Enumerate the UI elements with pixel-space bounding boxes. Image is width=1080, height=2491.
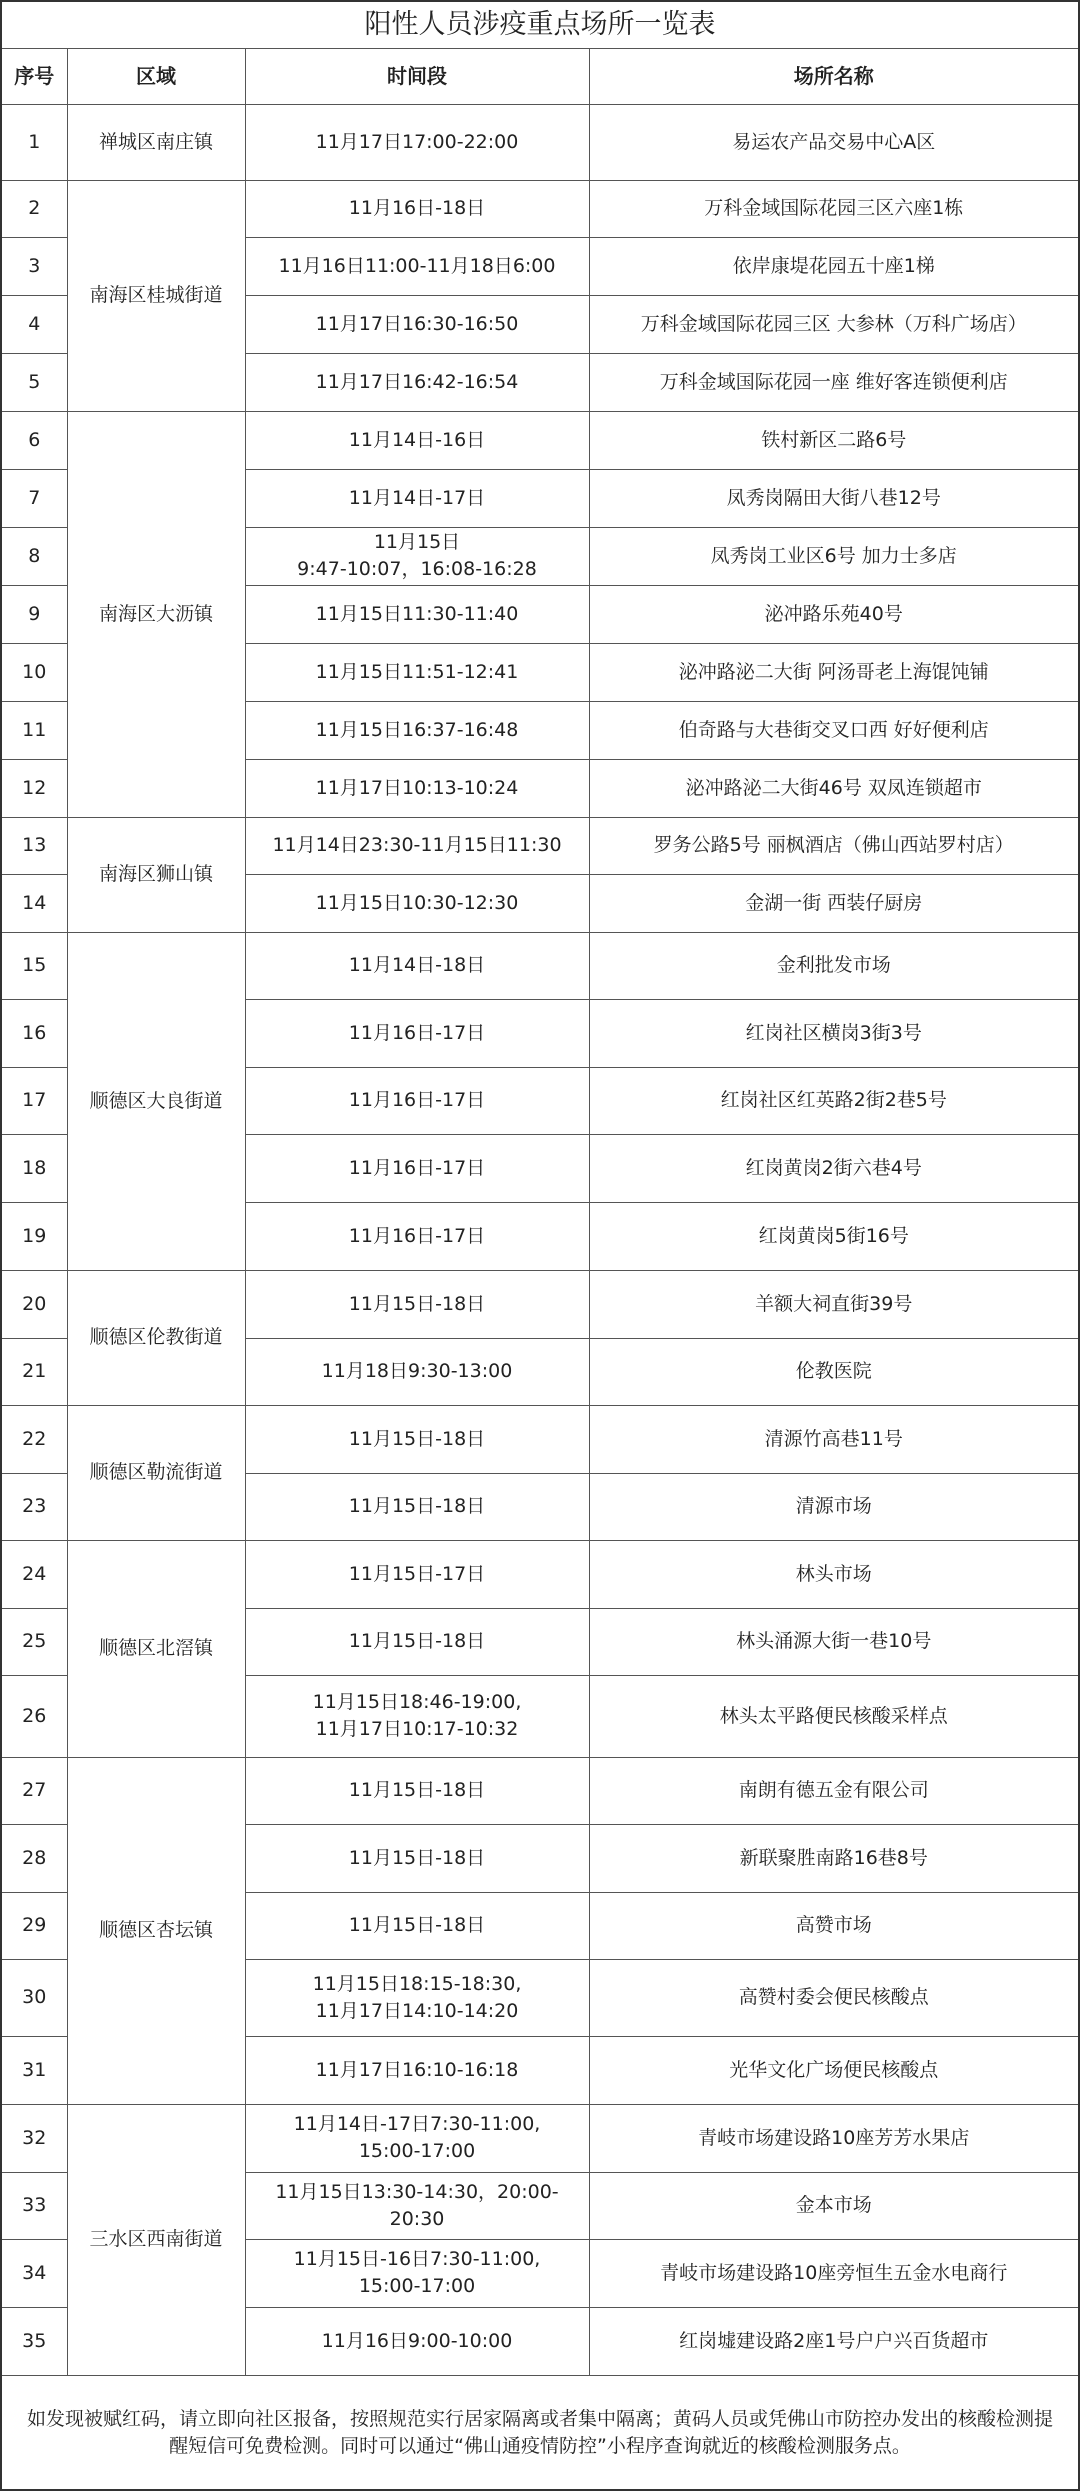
note-row: 如发现被赋红码，请立即向社区报备，按照规范实行居家隔离或者集中隔离；黄码人员或凭… [2, 2375, 1078, 2491]
time-cell: 11月16日-17日 [245, 999, 589, 1067]
row-number: 7 [2, 469, 67, 527]
time-line-2: 9:47-10:07，16:08-16:28 [250, 556, 585, 583]
row-number: 12 [2, 759, 67, 817]
place-cell: 南朗有德五金有限公司 [589, 1757, 1078, 1824]
place-cell: 泌冲路泌二大街 阿汤哥老上海馄饨铺 [589, 643, 1078, 701]
table-row: 32三水区西南街道11月14日-17日7:30-11:00,15:00-17:0… [2, 2104, 1078, 2172]
time-line: 11月15日10:30-12:30 [250, 890, 585, 917]
table-row: 15顺德区大良街道11月14日-18日金利批发市场 [2, 932, 1078, 999]
row-number: 4 [2, 295, 67, 353]
time-line: 11月14日-17日 [250, 485, 585, 512]
time-line: 11月15日-18日 [250, 1628, 585, 1655]
time-cell: 11月16日-17日 [245, 1067, 589, 1134]
place-cell: 羊额大祠直街39号 [589, 1270, 1078, 1338]
place-cell: 万科金域国际花园三区六座1栋 [589, 180, 1078, 237]
time-cell: 11月15日-18日 [245, 1757, 589, 1824]
row-number: 26 [2, 1675, 67, 1757]
row-number: 3 [2, 237, 67, 295]
area-cell: 南海区大沥镇 [67, 411, 245, 817]
time-cell: 11月15日-18日 [245, 1405, 589, 1473]
row-number: 2 [2, 180, 67, 237]
place-cell: 高赞市场 [589, 1892, 1078, 1959]
place-cell: 泌冲路乐苑40号 [589, 585, 1078, 643]
row-number: 5 [2, 353, 67, 411]
time-line: 11月16日-17日 [250, 1223, 585, 1250]
time-cell: 11月15日18:46-19:00,11月17日10:17-10:32 [245, 1675, 589, 1757]
time-line: 11月17日16:42-16:54 [250, 369, 585, 396]
time-cell: 11月15日11:51-12:41 [245, 643, 589, 701]
time-line: 11月16日11:00-11月18日6:00 [250, 253, 585, 280]
row-number: 13 [2, 817, 67, 874]
time-cell: 11月14日-16日 [245, 411, 589, 469]
column-header-area: 区域 [67, 48, 245, 104]
table-body: 1禅城区南庄镇11月17日17:00-22:00易运农产品交易中心A区2南海区桂… [2, 104, 1078, 2375]
row-number: 14 [2, 874, 67, 932]
place-cell: 林头市场 [589, 1540, 1078, 1608]
table-row: 20顺德区伦教街道11月15日-18日羊额大祠直街39号 [2, 1270, 1078, 1338]
place-cell: 青岐市场建设路10座芳芳水果店 [589, 2104, 1078, 2172]
table-row: 2南海区桂城街道11月16日-18日万科金域国际花园三区六座1栋 [2, 180, 1078, 237]
place-cell: 易运农产品交易中心A区 [589, 104, 1078, 180]
area-cell: 南海区桂城街道 [67, 180, 245, 411]
table-row: 13南海区狮山镇11月14日23:30-11月15日11:30罗务公路5号 丽枫… [2, 817, 1078, 874]
document: 阳性人员涉疫重点场所一览表 序号 区域 时间段 场所名称 1禅城区南庄镇11月1… [0, 0, 1080, 2491]
time-cell: 11月15日-18日 [245, 1270, 589, 1338]
time-cell: 11月16日-17日 [245, 1134, 589, 1202]
row-number: 19 [2, 1202, 67, 1270]
time-cell: 11月15日16:37-16:48 [245, 701, 589, 759]
time-line: 11月15日-17日 [250, 1561, 585, 1588]
row-number: 33 [2, 2172, 67, 2239]
time-line: 11月15日18:15-18:30, [250, 1971, 585, 1998]
time-line: 11月15日11:30-11:40 [250, 601, 585, 628]
place-cell: 泌冲路泌二大街46号 双凤连锁超市 [589, 759, 1078, 817]
time-line: 11月17日17:00-22:00 [250, 129, 585, 156]
time-cell: 11月17日10:13-10:24 [245, 759, 589, 817]
area-cell: 顺德区伦教街道 [67, 1270, 245, 1405]
column-header-no: 序号 [2, 48, 67, 104]
area-cell: 顺德区勒流街道 [67, 1405, 245, 1540]
place-cell: 光华文化广场便民核酸点 [589, 2036, 1078, 2104]
time-cell: 11月17日16:42-16:54 [245, 353, 589, 411]
time-line: 11月14日-16日 [250, 427, 585, 454]
time-line: 11月16日9:00-10:00 [250, 2328, 585, 2355]
place-cell: 林头涌源大街一巷10号 [589, 1608, 1078, 1675]
time-line: 11月15日 [250, 529, 585, 556]
time-line: 11月15日-18日 [250, 1426, 585, 1453]
place-cell: 红岗社区红英路2街2巷5号 [589, 1067, 1078, 1134]
time-line-2: 11月17日10:17-10:32 [250, 1716, 585, 1743]
place-cell: 伯奇路与大巷街交叉口西 好好便利店 [589, 701, 1078, 759]
row-number: 15 [2, 932, 67, 999]
place-cell: 高赞村委会便民核酸点 [589, 1959, 1078, 2036]
time-line: 11月15日-18日 [250, 1493, 585, 1520]
place-cell: 林头太平路便民核酸采样点 [589, 1675, 1078, 1757]
time-cell: 11月15日18:15-18:30,11月17日14:10-14:20 [245, 1959, 589, 2036]
time-line: 11月15日13:30-14:30，20:00- [250, 2179, 585, 2206]
row-number: 31 [2, 2036, 67, 2104]
table-row: 1禅城区南庄镇11月17日17:00-22:00易运农产品交易中心A区 [2, 104, 1078, 180]
table-row: 6南海区大沥镇11月14日-16日铁村新区二路6号 [2, 411, 1078, 469]
time-cell: 11月16日-18日 [245, 180, 589, 237]
place-cell: 罗务公路5号 丽枫酒店（佛山西站罗村店） [589, 817, 1078, 874]
row-number: 6 [2, 411, 67, 469]
time-cell: 11月14日-18日 [245, 932, 589, 999]
time-line: 11月15日-18日 [250, 1291, 585, 1318]
time-line: 11月14日-17日7:30-11:00, [250, 2111, 585, 2138]
time-cell: 11月15日13:30-14:30，20:00-20:30 [245, 2172, 589, 2239]
time-cell: 11月14日-17日7:30-11:00,15:00-17:00 [245, 2104, 589, 2172]
row-number: 18 [2, 1134, 67, 1202]
place-cell: 万科金域国际花园一座 维好客连锁便利店 [589, 353, 1078, 411]
row-number: 20 [2, 1270, 67, 1338]
place-cell: 青岐市场建设路10座旁恒生五金水电商行 [589, 2239, 1078, 2307]
table-row: 24顺德区北滘镇11月15日-17日林头市场 [2, 1540, 1078, 1608]
time-line: 11月16日-17日 [250, 1020, 585, 1047]
footer-note: 如发现被赋红码，请立即向社区报备，按照规范实行居家隔离或者集中隔离；黄码人员或凭… [2, 2375, 1078, 2491]
time-line: 11月18日9:30-13:00 [250, 1358, 585, 1385]
time-line-2: 20:30 [250, 2206, 585, 2233]
place-cell: 凤秀岗隔田大街八巷12号 [589, 469, 1078, 527]
area-cell: 三水区西南街道 [67, 2104, 245, 2375]
time-line: 11月16日-18日 [250, 195, 585, 222]
place-cell: 清源竹高巷11号 [589, 1405, 1078, 1473]
time-cell: 11月15日9:47-10:07，16:08-16:28 [245, 527, 589, 585]
row-number: 34 [2, 2239, 67, 2307]
time-cell: 11月15日-17日 [245, 1540, 589, 1608]
time-cell: 11月16日11:00-11月18日6:00 [245, 237, 589, 295]
place-cell: 铁村新区二路6号 [589, 411, 1078, 469]
row-number: 32 [2, 2104, 67, 2172]
area-cell: 禅城区南庄镇 [67, 104, 245, 180]
row-number: 28 [2, 1824, 67, 1892]
column-header-time: 时间段 [245, 48, 589, 104]
row-number: 25 [2, 1608, 67, 1675]
title-row: 阳性人员涉疫重点场所一览表 [2, 2, 1078, 48]
time-cell: 11月15日-18日 [245, 1473, 589, 1540]
time-cell: 11月17日17:00-22:00 [245, 104, 589, 180]
place-cell: 伦教医院 [589, 1338, 1078, 1405]
time-line: 11月15日11:51-12:41 [250, 659, 585, 686]
time-line: 11月14日23:30-11月15日11:30 [250, 832, 585, 859]
column-header-place: 场所名称 [589, 48, 1078, 104]
row-number: 17 [2, 1067, 67, 1134]
time-line: 11月15日-18日 [250, 1845, 585, 1872]
place-cell: 金利批发市场 [589, 932, 1078, 999]
time-cell: 11月16日9:00-10:00 [245, 2307, 589, 2375]
area-cell: 顺德区北滘镇 [67, 1540, 245, 1757]
row-number: 23 [2, 1473, 67, 1540]
place-cell: 清源市场 [589, 1473, 1078, 1540]
time-cell: 11月15日-18日 [245, 1608, 589, 1675]
area-cell: 顺德区大良街道 [67, 932, 245, 1270]
time-cell: 11月15日-18日 [245, 1892, 589, 1959]
time-line-2: 11月17日14:10-14:20 [250, 1998, 585, 2025]
row-number: 30 [2, 1959, 67, 2036]
row-number: 21 [2, 1338, 67, 1405]
place-cell: 红岗社区横岗3街3号 [589, 999, 1078, 1067]
place-cell: 红岗墟建设路2座1号户户兴百货超市 [589, 2307, 1078, 2375]
time-line: 11月17日10:13-10:24 [250, 775, 585, 802]
time-cell: 11月17日16:30-16:50 [245, 295, 589, 353]
time-line: 11月15日-18日 [250, 1912, 585, 1939]
row-number: 9 [2, 585, 67, 643]
time-cell: 11月14日-17日 [245, 469, 589, 527]
time-line: 11月15日16:37-16:48 [250, 717, 585, 744]
time-cell: 11月14日23:30-11月15日11:30 [245, 817, 589, 874]
time-line: 11月16日-17日 [250, 1155, 585, 1182]
time-cell: 11月15日10:30-12:30 [245, 874, 589, 932]
place-cell: 万科金域国际花园三区 大参林（万科广场店） [589, 295, 1078, 353]
time-line: 11月15日-16日7:30-11:00, [250, 2246, 585, 2273]
time-cell: 11月15日11:30-11:40 [245, 585, 589, 643]
table-row: 22顺德区勒流街道11月15日-18日清源竹高巷11号 [2, 1405, 1078, 1473]
place-cell: 红岗黄岗2街六巷4号 [589, 1134, 1078, 1202]
time-line: 11月15日-18日 [250, 1777, 585, 1804]
place-cell: 金湖一街 西装仔厨房 [589, 874, 1078, 932]
row-number: 16 [2, 999, 67, 1067]
row-number: 10 [2, 643, 67, 701]
row-number: 27 [2, 1757, 67, 1824]
table-row: 27顺德区杏坛镇11月15日-18日南朗有德五金有限公司 [2, 1757, 1078, 1824]
place-cell: 金本市场 [589, 2172, 1078, 2239]
time-line: 11月15日18:46-19:00, [250, 1689, 585, 1716]
time-cell: 11月15日-16日7:30-11:00,15:00-17:00 [245, 2239, 589, 2307]
time-line: 11月17日16:10-16:18 [250, 2057, 585, 2084]
row-number: 8 [2, 527, 67, 585]
place-cell: 红岗黄岗5街16号 [589, 1202, 1078, 1270]
time-line-2: 15:00-17:00 [250, 2138, 585, 2165]
row-number: 22 [2, 1405, 67, 1473]
places-table: 阳性人员涉疫重点场所一览表 序号 区域 时间段 场所名称 1禅城区南庄镇11月1… [2, 2, 1078, 2491]
place-cell: 依岸康堤花园五十座1梯 [589, 237, 1078, 295]
header-row: 序号 区域 时间段 场所名称 [2, 48, 1078, 104]
time-cell: 11月18日9:30-13:00 [245, 1338, 589, 1405]
row-number: 29 [2, 1892, 67, 1959]
time-cell: 11月15日-18日 [245, 1824, 589, 1892]
time-cell: 11月17日16:10-16:18 [245, 2036, 589, 2104]
area-cell: 顺德区杏坛镇 [67, 1757, 245, 2104]
time-line: 11月17日16:30-16:50 [250, 311, 585, 338]
row-number: 11 [2, 701, 67, 759]
row-number: 1 [2, 104, 67, 180]
time-line-2: 15:00-17:00 [250, 2273, 585, 2300]
time-line: 11月16日-17日 [250, 1087, 585, 1114]
time-line: 11月14日-18日 [250, 952, 585, 979]
area-cell: 南海区狮山镇 [67, 817, 245, 932]
table-title: 阳性人员涉疫重点场所一览表 [2, 2, 1078, 48]
place-cell: 新联聚胜南路16巷8号 [589, 1824, 1078, 1892]
place-cell: 凤秀岗工业区6号 加力士多店 [589, 527, 1078, 585]
time-cell: 11月16日-17日 [245, 1202, 589, 1270]
row-number: 24 [2, 1540, 67, 1608]
row-number: 35 [2, 2307, 67, 2375]
